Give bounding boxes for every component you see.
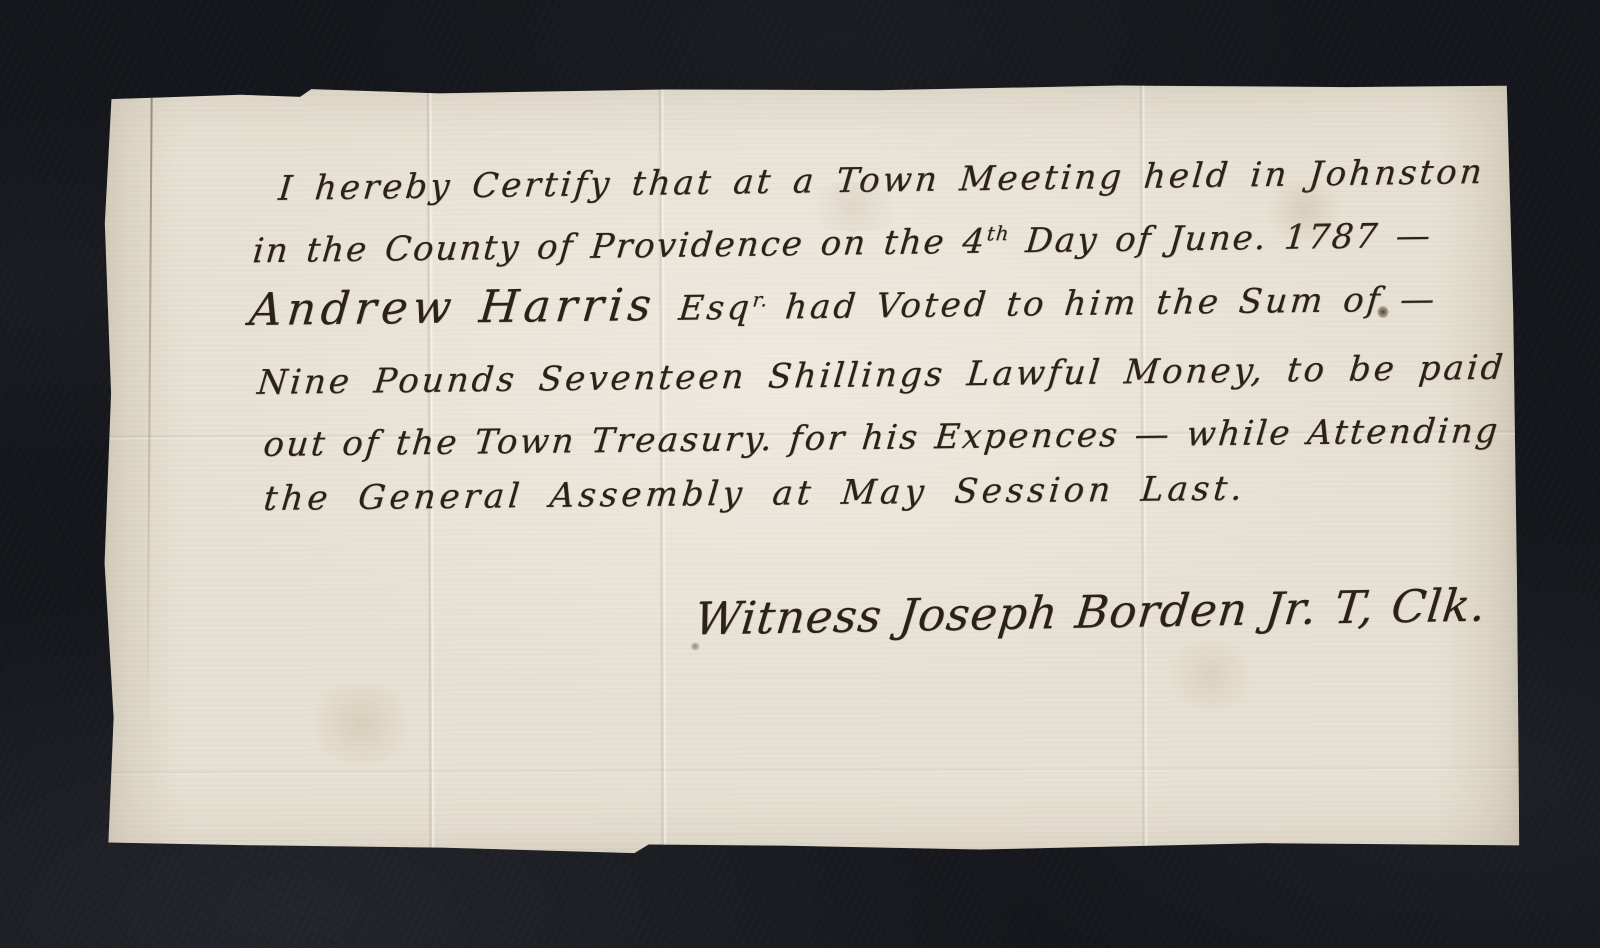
signature-line: Witness Joseph Borden Jr. T, Clk. <box>693 583 1489 642</box>
paper-stain <box>799 182 909 232</box>
ink-blot <box>1377 306 1388 318</box>
line-2-superscript: th <box>986 222 1011 245</box>
ink-blot <box>988 609 994 615</box>
photo-background: { "scene": { "description": "Photograph … <box>0 0 1600 948</box>
line-2-text-b: Day of June. 1787 — <box>1007 216 1434 262</box>
paper-stain <box>301 683 421 763</box>
payee-name: Andrew Harris <box>247 278 681 336</box>
line-3-text-c: had Voted to him the Sum of — <box>766 279 1439 327</box>
paper-stain <box>1259 180 1349 240</box>
ink-blot <box>691 642 700 650</box>
line-3-text-b: Esq <box>677 288 754 329</box>
manuscript-line-6: the General Assembly at May Session Last… <box>262 472 1247 516</box>
document-paper: I hereby Certify that at a Town Meeting … <box>99 80 1520 857</box>
paper-stain <box>1161 640 1261 710</box>
